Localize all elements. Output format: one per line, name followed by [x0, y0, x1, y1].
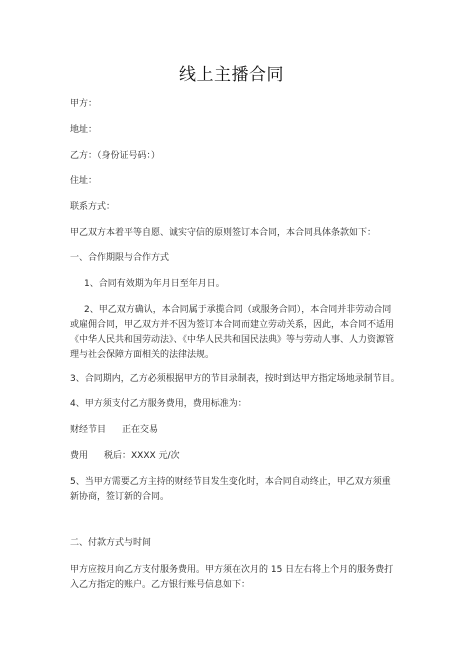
fee-row-program-value: 正在交易 — [122, 425, 158, 435]
clause-5: 5、当甲方需要乙方主持的财经节目发生变化时，本合同自动终止，甲乙双方须重新协商，… — [70, 475, 396, 505]
fee-row-program-label: 财经节目 — [70, 425, 106, 435]
section2-heading: 二、付款方式与时间 — [70, 537, 151, 550]
payment-paragraph: 甲方应按月向乙方支付服务费用。甲方须在次月的 15 日左右将上个月的服务费打入乙… — [70, 563, 396, 593]
section1-heading: 一、合作期限与合作方式 — [70, 252, 169, 265]
document-page: 线上主播合同 甲方： 地址： 乙方：（身份证号码：） 住址： 联系方式： 甲乙双… — [0, 0, 463, 655]
party-b-field: 乙方：（身份证号码：） — [70, 150, 160, 163]
clause-2: 2、甲乙双方确认，本合同属于承揽合同（或服务合同），本合同并非劳动合同或雇佣合同… — [70, 303, 396, 363]
intro-paragraph: 甲乙双方本着平等自愿、诚实守信的原则签订本合同，本合同具体条款如下： — [70, 227, 376, 240]
document-title: 线上主播合同 — [0, 60, 463, 85]
contact-field: 联系方式： — [70, 201, 115, 214]
clause-1: 1、合同有效期为年月日至年月日。 — [84, 278, 225, 291]
party-a-field: 甲方： — [70, 98, 97, 111]
fee-row-cost-label: 费用 — [70, 451, 88, 461]
address-a-field: 地址： — [70, 124, 97, 137]
clause-3: 3、合同期内，乙方必须根据甲方的节目录制表，按时到达甲方指定场地录制节目。 — [70, 373, 400, 386]
fee-row-program: 财经节目正在交易 — [70, 424, 158, 437]
address-b-field: 住址： — [70, 175, 97, 188]
clause-4: 4、甲方须支付乙方服务费用，费用标准为： — [70, 398, 247, 411]
fee-row-cost: 费用税后：XXXX 元/次 — [70, 450, 180, 463]
fee-row-cost-value: 税后：XXXX 元/次 — [104, 451, 180, 461]
